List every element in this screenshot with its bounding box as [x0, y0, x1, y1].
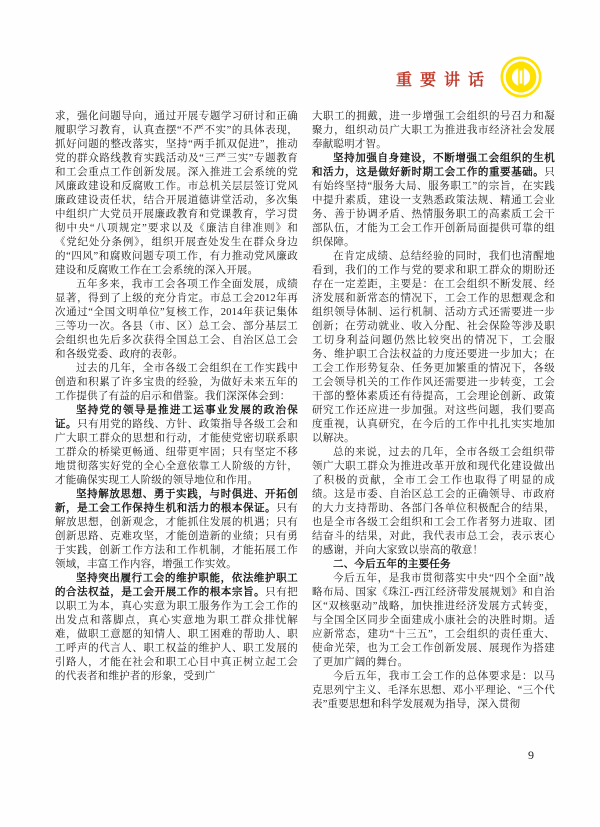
paragraph: 过去的几年，全市各级工会组织在工作实践中创造和积累了许多宝贵的经验，为做好未来五…: [55, 362, 298, 404]
paragraph: 坚持解放思想、勇于实践，与时俱进、开拓创新，是工会工作保持生机和活力的根本保证。…: [55, 488, 298, 572]
paragraph: 今后五年，是我市贯彻落实中央“四个全面”战略布局、国家《珠江-西江经济带发展规划…: [312, 572, 555, 670]
text-run: 在肯定成绩、总结经验的同时，我们也清醒地看到，我们的工作与党的要求和职工群众的期…: [312, 251, 555, 444]
page-number: 9: [528, 748, 534, 763]
page-header-title: 重要讲话: [396, 67, 492, 90]
text-run: 今后五年，我市工会工作的总体要求是：以马克思列宁主义、毛泽东思想、邓小平理论、“…: [312, 671, 555, 710]
paragraph: 坚持突出履行工会的维护职能，依法维护职工的合法权益，是工会开展工作的根本宗旨。只…: [55, 572, 298, 684]
paragraph: 大职工的拥戴，进一步增强工会组织的号召力和凝聚力，组织动员广大职工为推进我市经济…: [312, 110, 555, 152]
text-run: 只有用党的路线、方针、政策指导各级工会和广大职工群众的思想和行动，才能使党密切联…: [55, 419, 298, 486]
text-run: 大职工的拥戴，进一步增强工会组织的号召力和凝聚力，组织动员广大职工为推进我市经济…: [312, 111, 555, 150]
text-run: 只有把以职工为本，真心实意为职工服务作为工会工作的出发点和落脚点，真心实意地为职…: [55, 587, 298, 682]
text-column-left: 求，强化问题导向，通过开展专题学习研讨和正确履职学习教育，认真查摆“不严不实”的…: [55, 110, 298, 712]
bold-text-run: 坚持加强自身建设，不断增强工会组织的生机和活力，这是做好新时期工会工作的重要基础…: [312, 153, 555, 178]
text-run: 只有始终坚持“服务大局、服务职工”的宗旨，在实践中提升素质，建设一支熟悉政策法规…: [312, 167, 555, 248]
document-page: 重要讲话 求，强化问题导向，通过开展专题学习研讨和正确履职学习教育，认真查摆“不…: [0, 0, 600, 827]
text-run: 求，强化问题导向，通过开展专题学习研讨和正确履职学习教育，认真查摆“不严不实”的…: [55, 111, 298, 276]
text-run: 今后五年，是我市贯彻落实中央“四个全面”战略布局、国家《珠江-西江经济带发展规划…: [312, 573, 555, 668]
paragraph: 今后五年，我市工会工作的总体要求是：以马克思列宁主义、毛泽东思想、邓小平理论、“…: [312, 670, 555, 712]
paragraph: 总的来说，过去的几年，全市各级工会组织带领广大职工群众为推进改革开放和现代化建设…: [312, 446, 555, 558]
article-body: 求，强化问题导向，通过开展专题学习研讨和正确履职学习教育，认真查摆“不严不实”的…: [55, 110, 555, 712]
bold-text-run: 二、今后五年的主要任务: [333, 559, 451, 570]
trade-union-emblem-icon: [500, 56, 542, 98]
text-run: 过去的几年，全市各级工会组织在工作实践中创造和积累了许多宝贵的经验，为做好未来五…: [55, 363, 298, 402]
paragraph: 在肯定成绩、总结经验的同时，我们也清醒地看到，我们的工作与党的要求和职工群众的期…: [312, 250, 555, 446]
paragraph: 坚持党的领导是推进工运事业发展的政治保证。只有用党的路线、方针、政策指导各级工会…: [55, 404, 298, 488]
paragraph: 求，强化问题导向，通过开展专题学习研讨和正确履职学习教育，认真查摆“不严不实”的…: [55, 110, 298, 278]
paragraph: 坚持加强自身建设，不断增强工会组织的生机和活力，这是做好新时期工会工作的重要基础…: [312, 152, 555, 250]
paragraph: 五年多来，我市工会各项工作全面发展，成绩显著，得到了上级的充分肯定。市总工会20…: [55, 278, 298, 362]
text-run: 五年多来，我市工会各项工作全面发展，成绩显著，得到了上级的充分肯定。市总工会20…: [55, 279, 298, 360]
bold-text-run: 坚持解放思想、勇于实践，与时俱进、开拓创新，是工会工作保持生机和活力的根本保证。: [55, 489, 298, 514]
bold-text-run: 坚持突出履行工会的维护职能，依法维护职工的合法权益，是工会开展工作的根本宗旨。: [55, 573, 298, 598]
page-header: 重要讲话: [396, 56, 542, 98]
text-column-right: 大职工的拥戴，进一步增强工会组织的号召力和凝聚力，组织动员广大职工为推进我市经济…: [312, 110, 555, 712]
text-run: 总的来说，过去的几年，全市各级工会组织带领广大职工群众为推进改革开放和现代化建设…: [312, 447, 555, 556]
section-heading: 二、今后五年的主要任务: [312, 558, 555, 572]
